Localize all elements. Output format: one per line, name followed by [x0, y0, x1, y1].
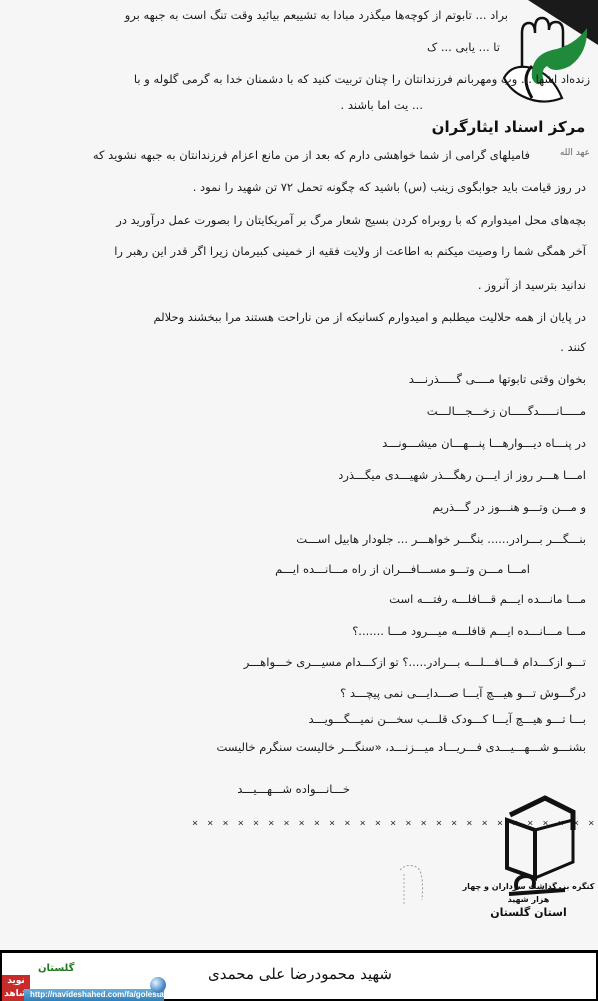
- footer-bar: گلستان نوید شاهد http://navideshahed.com…: [0, 950, 598, 1001]
- poem-line-13: بشنـــو شـــهـــیـــدی فـــریـــاد میـــ…: [217, 740, 587, 754]
- poem-line-3: در پنـــاه دیـــوارهـــا پنـــهـــان میش…: [382, 436, 586, 450]
- poem-line-11: درگـــوش تـــو هیـــچ آیـــا صـــدایـــی…: [340, 686, 586, 700]
- will-line-8: آخر همگی شما را وصیت میکنم به اطاعت از و…: [114, 244, 586, 258]
- badge-province: گلستان: [38, 963, 74, 974]
- will-line-1: براد ... تابوتم از کوچه‌ها میگذرد مبادا …: [125, 8, 508, 22]
- stamp-line-1: کنگره بزرگداشت سرداران و چهار هزار شهید: [461, 880, 596, 906]
- will-line-7: بچه‌های محل امیدوارم که با روبراه کردن ب…: [116, 213, 586, 227]
- will-line-10: در پایان از همه حلالیت میطلبم و امیدوارم…: [153, 310, 586, 324]
- poem-line-10: تـــو ازکـــدام قـــافـــلـــه بـــرادر.…: [244, 655, 586, 669]
- logo-caption: مرکز اسناد ایثارگران: [421, 118, 596, 136]
- poem-line-8: مـــا مانـــده ایـــم قـــافلـــه رفتـــ…: [389, 592, 586, 606]
- navideshahed-badge[interactable]: گلستان نوید شاهد http://navideshahed.com…: [0, 963, 170, 1001]
- poem-line-1: بخوان وقتی تابوتها مــــی گـــــذرنـــد: [409, 372, 586, 386]
- scanned-document-page: براد ... تابوتم از کوچه‌ها میگذرد مبادا …: [0, 0, 598, 950]
- globe-icon: [150, 977, 166, 993]
- poem-line-2: مـــــانـــــدگـــــان زخـــجـــالـــت: [427, 404, 586, 418]
- hand-dove-icon: [492, 8, 592, 108]
- poem-line-12: بـــا تـــو هیـــچ آیـــا کـــودک قلـــب…: [309, 712, 586, 726]
- badge-url-link[interactable]: http://navideshahed.com/fa/golestan: [24, 989, 164, 1001]
- will-line-2: تا ... یابی ... ک: [427, 40, 500, 54]
- signature-family: خـــانـــواده شـــهـــیـــد: [237, 782, 350, 796]
- will-line-11: کنند .: [560, 340, 586, 354]
- stamp-line-2: استان گلستان: [461, 906, 596, 919]
- poem-line-4: امـــا هـــر روز از ایـــن رهگـــذر شهیـ…: [338, 468, 586, 482]
- will-line-5: فامیلهای گرامی از شما خواهشی دارم که بعد…: [93, 148, 530, 162]
- poem-line-6: بنـــگـــر بـــرادر...... بنگـــر خواهــ…: [296, 532, 586, 546]
- poem-line-9: مـــا مـــانـــده ایـــم قافلـــه میـــر…: [352, 624, 586, 638]
- martyr-name-title: شهید محمودرضا علی محمدی: [180, 965, 420, 983]
- stamp-text: کنگره بزرگداشت سرداران و چهار هزار شهید …: [461, 880, 596, 919]
- margin-note: عهد الله: [560, 148, 590, 158]
- will-line-4: ... یت اما باشند .: [341, 98, 423, 112]
- poem-line-5: و مـــن وتـــو هنـــوز در گـــذریم: [433, 500, 587, 514]
- faint-handwriting-mark: [398, 860, 428, 910]
- will-line-6: در روز قیامت باید جوابگوی زینب (س) باشید…: [193, 180, 586, 194]
- will-line-9: ندانید بترسید از آنروز .: [478, 278, 586, 292]
- poem-line-7: امـــا مـــن وتـــو مســـافـــران از راه…: [275, 562, 530, 576]
- will-line-3: زنده‌اد اشها ... وب ومهربانم فرزندانتان …: [134, 72, 590, 86]
